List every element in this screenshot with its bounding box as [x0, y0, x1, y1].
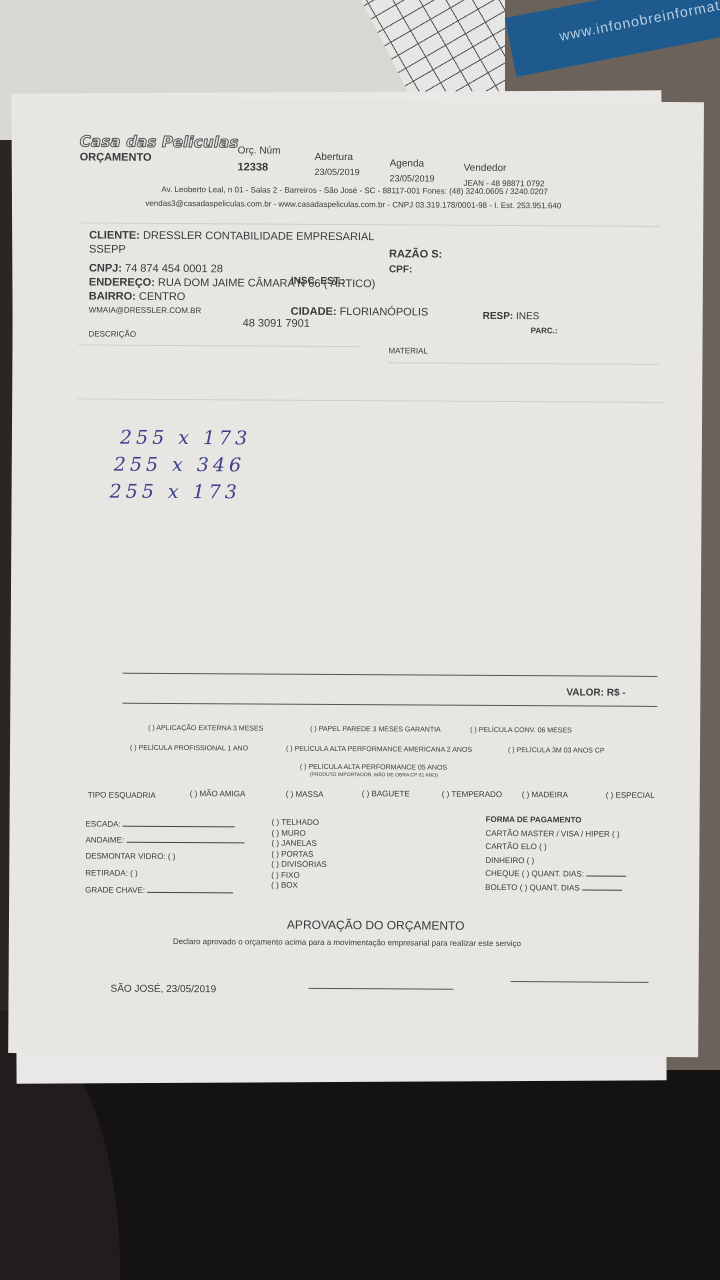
material-label: MATERIAL [388, 346, 427, 355]
divider [78, 344, 358, 347]
payment-dinheiro[interactable]: DINHEIRO ( ) [485, 853, 626, 867]
resp-value: INES [516, 311, 539, 322]
divider [79, 222, 659, 227]
cidade-row: CIDADE: FLORIANÓPOLIS [291, 306, 429, 319]
local-box[interactable]: ( ) BOX [271, 881, 391, 892]
cliente-cont: SSEPP [89, 243, 126, 255]
option-aplicacao-externa[interactable]: ( ) APLICAÇÃO EXTERNA 3 MESES [148, 725, 263, 733]
payment-cartao-master[interactable]: CARTÃO MASTER / VISA / HIPER ( ) [485, 826, 626, 840]
esquadria-temperado[interactable]: ( ) TEMPERADO [442, 790, 502, 799]
razao-label: RAZÃO S: [389, 248, 442, 260]
handwritten-measure-2: 255 x 346 [114, 454, 245, 477]
esquadria-madeira[interactable]: ( ) MADEIRA [522, 790, 568, 799]
abertura-date: 23/05/2019 [315, 167, 360, 177]
resp-label: RESP: [483, 311, 514, 322]
extra-desmontar-vidro[interactable]: DESMONTAR VIDRO: ( ) [85, 851, 175, 861]
bairro-value: CENTRO [139, 291, 186, 303]
cheque-dias-field[interactable] [586, 876, 626, 877]
vendedor-label: Vendedor [464, 163, 507, 174]
option-papel-parede[interactable]: ( ) PAPEL PAREDE 3 MESES GARANTIA [310, 726, 441, 734]
cnpj-row: CNPJ: 74 874 454 0001 28 [89, 262, 223, 275]
endereco-label: ENDEREÇO: [89, 276, 155, 288]
boleto-label: BOLETO ( ) QUANT. DIAS [485, 882, 580, 892]
payment-title: FORMA DE PAGAMENTO [486, 813, 627, 827]
local-janelas[interactable]: ( ) JANELAS [271, 839, 391, 850]
valor-total: VALOR: R$ - [566, 687, 625, 698]
client-email: WMAIA@DRESSLER.COM.BR [89, 305, 202, 315]
cheque-label: CHEQUE ( ) QUANT. DIAS: [485, 869, 584, 879]
option-pelicula-profissional[interactable]: ( ) PELÍCULA PROFISSIONAL 1 ANO [130, 745, 248, 753]
agenda-date: 23/05/2019 [389, 173, 434, 183]
divider [122, 703, 657, 707]
resp-row: RESP: INES [483, 311, 540, 322]
handwritten-measure-1: 255 x 173 [120, 427, 251, 450]
strip-text: www.infonobreinformatica [558, 0, 720, 44]
agenda-label: Agenda [390, 158, 425, 169]
esquadria-mao-amiga[interactable]: ( ) MÃO AMIGA [190, 789, 246, 798]
divider [388, 362, 658, 365]
payment-block: FORMA DE PAGAMENTO CARTÃO MASTER / VISA … [485, 813, 626, 895]
andaime-field[interactable] [126, 842, 244, 844]
cnpj-label: CNPJ: [89, 262, 122, 274]
local-fixo[interactable]: ( ) FIXO [271, 870, 391, 881]
payment-cartao-elo[interactable]: CARTÃO ELO ( ) [485, 840, 626, 854]
local-muro[interactable]: ( ) MURO [271, 828, 391, 839]
company-logo: Casa das Peliculas [80, 132, 239, 151]
abertura-label: Abertura [315, 152, 353, 163]
divider [78, 398, 663, 403]
cliente-label: CLIENTE: [89, 229, 140, 241]
option-pelicula-alta-5[interactable]: ( ) PELÍCULA ALTA PERFORMANCE 05 ANOS [300, 764, 447, 772]
bairro-row: BAIRRO: CENTRO [89, 290, 186, 303]
endereco-row: ENDEREÇO: RUA DOM JAIME CÂMARA N 66 ( ÁR… [89, 276, 376, 290]
bairro-label: BAIRRO: [89, 290, 136, 302]
signature-line-1[interactable] [309, 988, 454, 990]
orc-num: 12338 [238, 161, 269, 173]
handwritten-measure-3: 255 x 173 [110, 481, 241, 504]
locais-list: ( ) TELHADO ( ) MURO ( ) JANELAS ( ) POR… [271, 818, 391, 892]
local-portas[interactable]: ( ) PORTAS [271, 849, 391, 860]
option-pelicula-americana[interactable]: ( ) PELÍCULA ALTA PERFORMANCE AMERICANA … [286, 746, 472, 754]
local-divisorias[interactable]: ( ) DIVISÓRIAS [271, 860, 391, 871]
escada-field[interactable] [123, 826, 235, 828]
option-pelicula-3m[interactable]: ( ) PELÍCULA 3M 03 ANOS CP [508, 747, 605, 755]
cidade-value: FLORIANÓPOLIS [340, 306, 429, 319]
doc-type: ORÇAMENTO [80, 151, 152, 163]
esquadria-especial[interactable]: ( ) ESPECIAL [606, 791, 655, 800]
divider [122, 673, 657, 677]
approval-title: APROVAÇÃO DO ORÇAMENTO [287, 918, 465, 933]
approval-text: Declaro aprovado o orçamento acima para … [173, 937, 521, 948]
local-telhado[interactable]: ( ) TELHADO [272, 818, 392, 829]
address-line-1: Av. Leoberto Leal, n 01 - Salas 2 - Barr… [161, 185, 548, 196]
orc-num-label: Orç. Núm [238, 145, 281, 156]
extra-grade-chave: GRADE CHAVE: [85, 885, 233, 895]
client-phone: 48 3091 7901 [243, 317, 310, 329]
cnpj-value: 74 874 454 0001 28 [125, 263, 223, 276]
endereco-value: RUA DOM JAIME CÂMARA N 66 ( ÁRTICO) [158, 277, 375, 290]
esquadria-baguete[interactable]: ( ) BAGUETE [362, 789, 410, 798]
option-pelicula-alta-5-note: (PRODUTO IMPORTADOR, MÃO DE OBRA CP 01 A… [310, 772, 438, 779]
descricao-label: DESCRIÇÃO [89, 329, 137, 338]
option-pelicula-conv[interactable]: ( ) PELÍCULA CONV. 06 MESES [470, 727, 572, 735]
payment-boleto[interactable]: BOLETO ( ) QUANT. DIAS [485, 880, 626, 894]
client-row: CLIENTE: DRESSLER CONTABILIDADE EMPRESAR… [89, 229, 374, 243]
esquadria-massa[interactable]: ( ) MASSA [286, 790, 324, 799]
escada-label: ESCADA: [86, 819, 121, 828]
approval-place-date: SÃO JOSÉ, 23/05/2019 [111, 984, 217, 996]
quote-document: Casa das Peliculas ORÇAMENTO Orç. Núm 12… [8, 98, 704, 1057]
cliente-value: DRESSLER CONTABILIDADE EMPRESARIAL [143, 230, 375, 243]
esquadria-label: TIPO ESQUADRIA [88, 790, 156, 799]
cidade-label: CIDADE: [291, 306, 337, 318]
andaime-label: ANDAIME: [85, 835, 124, 844]
grade-label: GRADE CHAVE: [85, 885, 145, 894]
parc-label: PARC.: [531, 326, 558, 335]
grade-field[interactable] [147, 892, 233, 894]
extra-retirada[interactable]: RETIRADA: ( ) [85, 868, 138, 877]
payment-cheque[interactable]: CHEQUE ( ) QUANT. DIAS: [485, 867, 626, 881]
extra-escada: ESCADA: [86, 819, 235, 829]
signature-line-2[interactable] [511, 981, 649, 983]
address-line-2: vendas3@casadaspeliculas.com.br - www.ca… [145, 199, 561, 211]
boleto-dias-field[interactable] [582, 889, 622, 890]
extra-andaime: ANDAIME: [85, 835, 244, 845]
cpf-label: CPF: [389, 264, 412, 275]
